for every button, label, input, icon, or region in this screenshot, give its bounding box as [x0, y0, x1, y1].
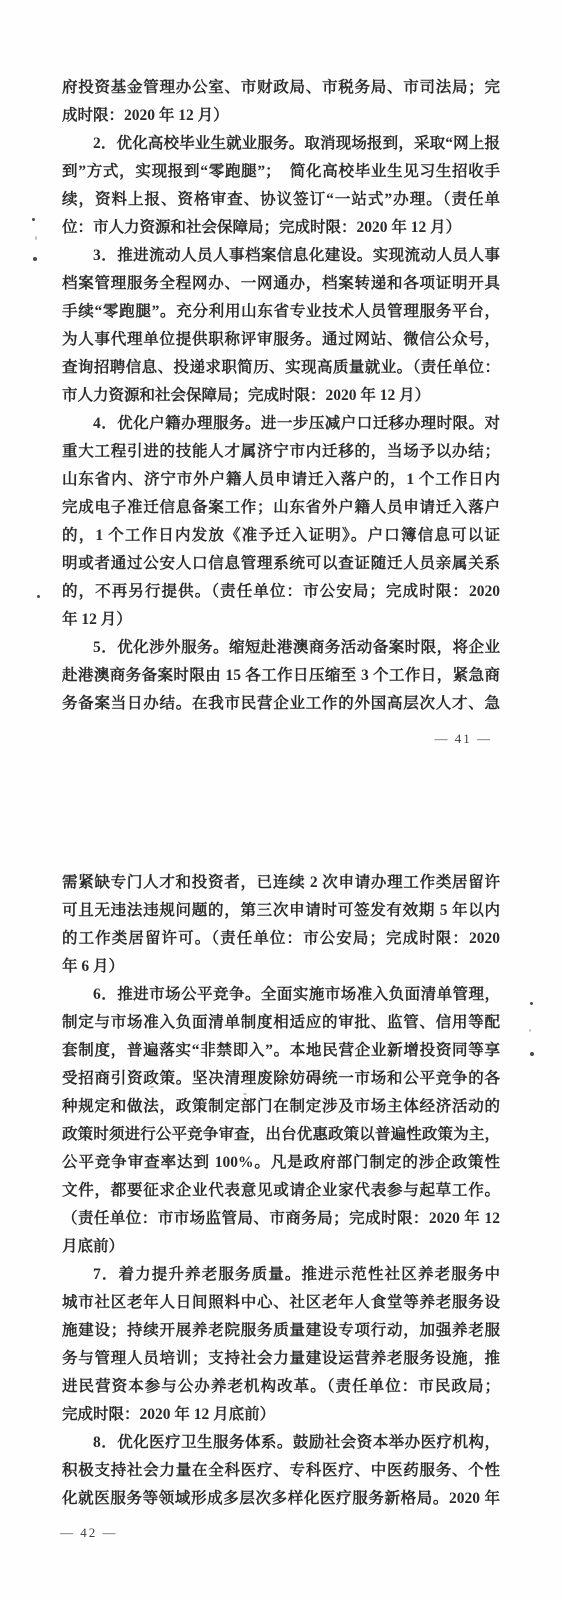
text-line: 政策时须进行公平竞争审查，出台优惠政策以普遍性政策为主，: [62, 1121, 500, 1149]
text-line: 的工作类居留许可。（责任单位：市公安局；完成时限：2020: [62, 925, 500, 953]
text-line: 月底前）: [62, 1233, 500, 1261]
text-line: 公平竞争审查率达到 100%。凡是政府部门制定的涉企政策性: [62, 1149, 500, 1177]
scan-speck: [529, 1029, 531, 1032]
scan-speck: [243, 1093, 247, 1095]
text-line: 市人力资源和社会保障局；完成时限：2020 年 12 月）: [62, 382, 500, 410]
text-line: 化就医服务等领域形成多层次多样化医疗服务新格局。2020 年: [62, 1485, 500, 1513]
text-line: 的，1 个工作日内发放《准予迁入证明》。户口簿信息可以证: [62, 522, 500, 550]
text-line: 的，不再另行提供。（责任单位：市公安局；完成时限：2020: [62, 578, 500, 606]
text-line: 4．优化户籍办理服务。进一步压减户口迁移办理时限。对: [62, 410, 500, 438]
text-line: 3．推进流动人员人事档案信息化建设。实现流动人员人事: [62, 242, 500, 270]
text-line: 完成电子准迁信息备案工作；山东省外户籍人员申请迁入落户: [62, 494, 500, 522]
scan-speck: [530, 1052, 534, 1056]
text-line: 施建设；持续开展养老院服务质量建设专项行动，加强养老服: [62, 1317, 500, 1345]
text-line: 务与管理人员培训；支持社会力量建设运营养老服务设施，推: [62, 1345, 500, 1373]
text-line: 受招商引资政策。坚决清理废除妨碍统一市场和公平竞争的各: [62, 1065, 500, 1093]
text-line: 文件，都要征求企业代表意见或请企业家代表参与起草工作。: [62, 1177, 500, 1205]
page-41-number: — 41 —: [435, 730, 493, 748]
text-line: 2．优化高校毕业生就业服务。取消现场报到，采取“网上报: [62, 130, 500, 158]
text-line: 查询招聘信息、投递求职简历、实现高质量就业。（责任单位：: [62, 354, 500, 382]
text-line: 6．推进市场公平竞争。全面实施市场准入负面清单管理，: [62, 981, 500, 1009]
text-line: 套制度，普遍落实“非禁即入”。本地民营企业新增投资同等享: [62, 1037, 500, 1065]
page-41-text-block: 府投资基金管理办公室、市财政局、市税务局、市司法局；完成时限：2020 年 12…: [62, 74, 500, 718]
text-line: 府投资基金管理办公室、市财政局、市税务局、市司法局；完: [62, 74, 500, 102]
text-line: 山东省内、济宁市外户籍人员申请迁入落户的，1 个工作日内: [62, 466, 500, 494]
text-line: 8．优化医疗卫生服务体系。鼓励社会资本举办医疗机构，: [62, 1429, 500, 1457]
text-line: 续，资料上报、资格审查、协议签订“一站式”办理。（责任单: [62, 186, 500, 214]
text-line: 城市社区老年人日间照料中心、社区老年人食堂等养老服务设: [62, 1289, 500, 1317]
scan-speck: [33, 257, 37, 261]
text-line: 可且无违法违规问题的，第三次申请时可签发有效期 5 年以内: [62, 897, 500, 925]
text-line: 档案管理服务全程网办、一网通办，档案转递和各项证明开具: [62, 270, 500, 298]
text-line: 需紧缺专门人才和投资者，已连续 2 次申请办理工作类居留许: [62, 869, 500, 897]
text-line: 手续“零跑腿”。充分利用山东省专业技术人员管理服务平台，: [62, 298, 500, 326]
text-line: 5．优化涉外服务。缩短赴港澳商务活动备案时限，将企业: [62, 634, 500, 662]
scan-speck: [150, 1086, 154, 1088]
text-line: 重大工程引进的技能人才属济宁市内迁移的，当场予以办结；: [62, 438, 500, 466]
page-42-number: — 42 —: [60, 1524, 118, 1542]
text-line: 进民营资本参与公办养老机构改革。（责任单位：市民政局；: [62, 1373, 500, 1401]
text-line: （责任单位：市市场监管局、市商务局；完成时限：2020 年 12: [62, 1205, 500, 1233]
scan-speck: [35, 236, 37, 240]
text-line: 位：市人力资源和社会保障局；完成时限：2020 年 12 月）: [62, 214, 500, 242]
text-line: 赴港澳商务备案时限由 15 各工作日压缩至 3 个工作日，紧急商: [62, 662, 500, 690]
text-line: 明或者通过公安人口信息管理系统可以查证随迁人员亲属关系: [62, 550, 500, 578]
text-line: 年 6 月）: [62, 953, 500, 981]
text-line: 完成时限：2020 年 12 月底前）: [62, 1401, 500, 1429]
text-line: 到”方式，实现报到“零跑腿”； 简化高校毕业生见习生招收手: [62, 158, 500, 186]
text-line: 7．着力提升养老服务质量。推进示范性社区养老服务中心、: [62, 1261, 500, 1289]
scan-speck: [32, 218, 35, 221]
page-42-text-block: 需紧缺专门人才和投资者，已连续 2 次申请办理工作类居留许可且无违法违规问题的，…: [62, 869, 500, 1513]
text-line: 务备案当日办结。在我市民营企业工作的外国高层次人才、急: [62, 690, 500, 718]
text-line: 种规定和做法，政策制定部门在制定涉及市场主体经济活动的: [62, 1093, 500, 1121]
scan-speck: [530, 1002, 533, 1005]
document-sheet: 府投资基金管理办公室、市财政局、市税务局、市司法局；完成时限：2020 年 12…: [0, 0, 562, 1600]
text-line: 积极支持社会力量在全科医疗、专科医疗、中医药服务、个性: [62, 1457, 500, 1485]
text-line: 制定与市场准入负面清单制度相适应的审批、监管、信用等配: [62, 1009, 500, 1037]
text-line: 年 12 月）: [62, 606, 500, 634]
text-line: 成时限：2020 年 12 月）: [62, 102, 500, 130]
text-line: 为人事代理单位提供职称评审服务。通过网站、微信公众号，: [62, 326, 500, 354]
scan-speck: [37, 595, 40, 598]
